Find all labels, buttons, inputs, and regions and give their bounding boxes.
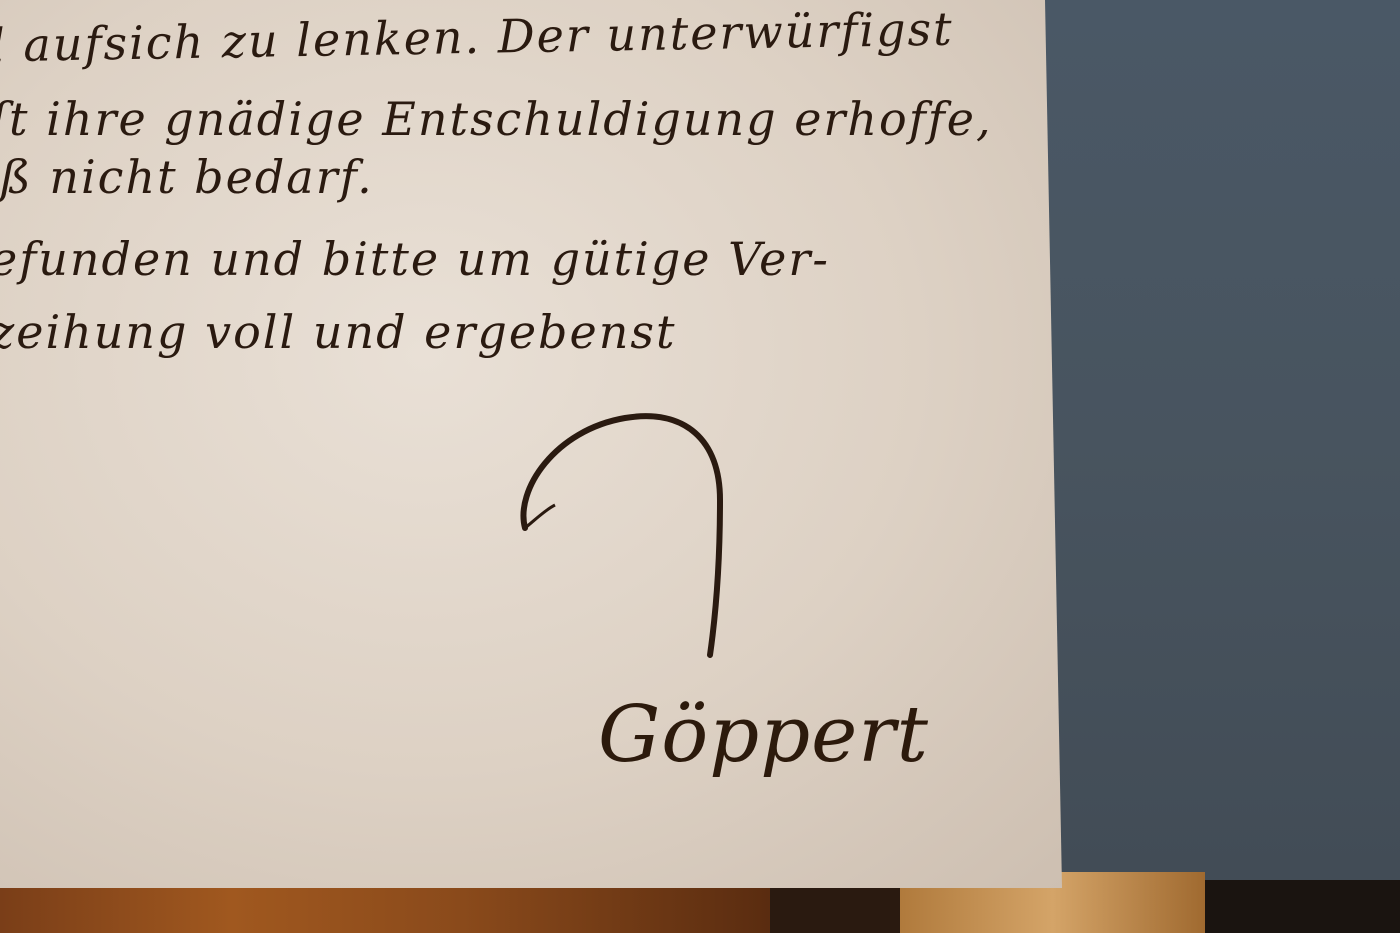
signature: Göppert [598, 690, 929, 780]
handwritten-line: l aufsich zu lenken. Der unterwürfigst [0, 2, 954, 73]
letter-page: l aufsich zu lenken. Der unterwürfigst ſ… [0, 0, 1062, 888]
handwritten-line: zeihung voll und ergebenst [0, 305, 676, 359]
stand-shadow [770, 888, 900, 933]
signature-flourish-icon [515, 410, 785, 670]
grey-backdrop [1040, 0, 1400, 880]
handwritten-line: efunden und bitte um gütige Ver- [0, 232, 830, 286]
handwritten-line: ſt ihre gnädige Entschuldigung erhoffe, [0, 92, 993, 146]
handwritten-line: ß nicht bedarf. [0, 150, 374, 204]
wooden-stand [0, 888, 770, 933]
